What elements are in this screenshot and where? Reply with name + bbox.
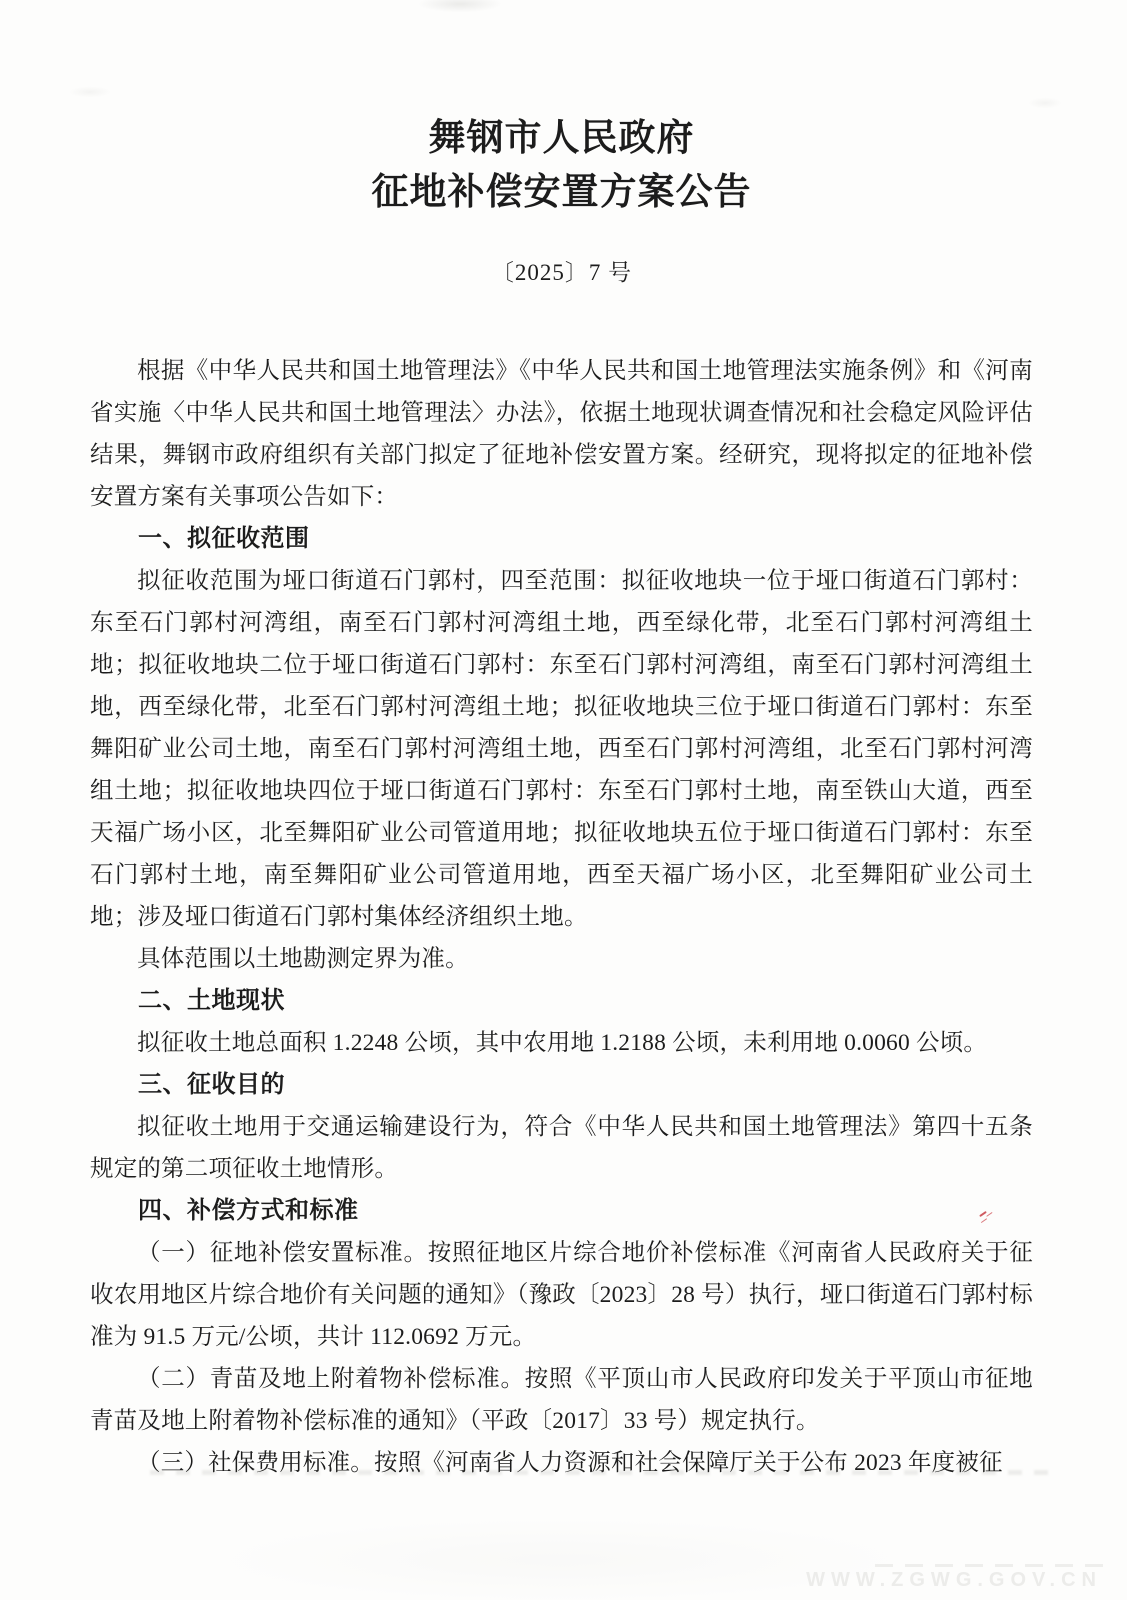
document-title-line2: 征地补偿安置方案公告 (90, 166, 1033, 220)
section-heading: 一、拟征收范围 (90, 518, 1033, 560)
site-watermark: WWW.ZGWG.GOV.CN (806, 1569, 1102, 1592)
document-title-line1: 舞钢市人民政府 (90, 112, 1033, 166)
paragraph: （二）青苗及地上附着物补偿标准。按照《平顶山市人民政府印发关于平顶山市征地青苗及… (90, 1358, 1033, 1442)
paragraph: （三）社保费用标准。按照《河南省人力资源和社会保障厅关于公布 2023 年度被征 (90, 1442, 1033, 1484)
section-heading: 二、土地现状 (90, 980, 1033, 1022)
paragraph: 拟征收土地总面积 1.2248 公顷，其中农用地 1.2188 公顷，未利用地 … (90, 1022, 1033, 1064)
paragraph: 拟征收土地用于交通运输建设行为，符合《中华人民共和国土地管理法》第四十五条规定的… (90, 1106, 1033, 1190)
paragraph: 根据《中华人民共和国土地管理法》《中华人民共和国土地管理法实施条例》和《河南省实… (90, 350, 1033, 518)
section-heading: 三、征收目的 (90, 1064, 1033, 1106)
paragraph: 具体范围以土地勘测定界为准。 (90, 938, 1033, 980)
document-body: 根据《中华人民共和国土地管理法》《中华人民共和国土地管理法实施条例》和《河南省实… (90, 350, 1033, 1484)
paragraph: （一）征地补偿安置标准。按照征地区片综合地价补偿标准《河南省人民政府关于征收农用… (90, 1232, 1033, 1358)
document-number: 〔2025〕7 号 (90, 258, 1033, 288)
document-content: 舞钢市人民政府 征地补偿安置方案公告 〔2025〕7 号 根据《中华人民共和国土… (90, 0, 1033, 1484)
watermark-divider-line (875, 1564, 1110, 1567)
section-heading: 四、补偿方式和标准 (90, 1190, 1033, 1232)
scanned-document-page: 舞钢市人民政府 征地补偿安置方案公告 〔2025〕7 号 根据《中华人民共和国土… (0, 0, 1127, 1600)
document-title: 舞钢市人民政府 征地补偿安置方案公告 (90, 112, 1033, 220)
paragraph: 拟征收范围为垭口街道石门郭村，四至范围：拟征收地块一位于垭口街道石门郭村：东至石… (90, 560, 1033, 938)
